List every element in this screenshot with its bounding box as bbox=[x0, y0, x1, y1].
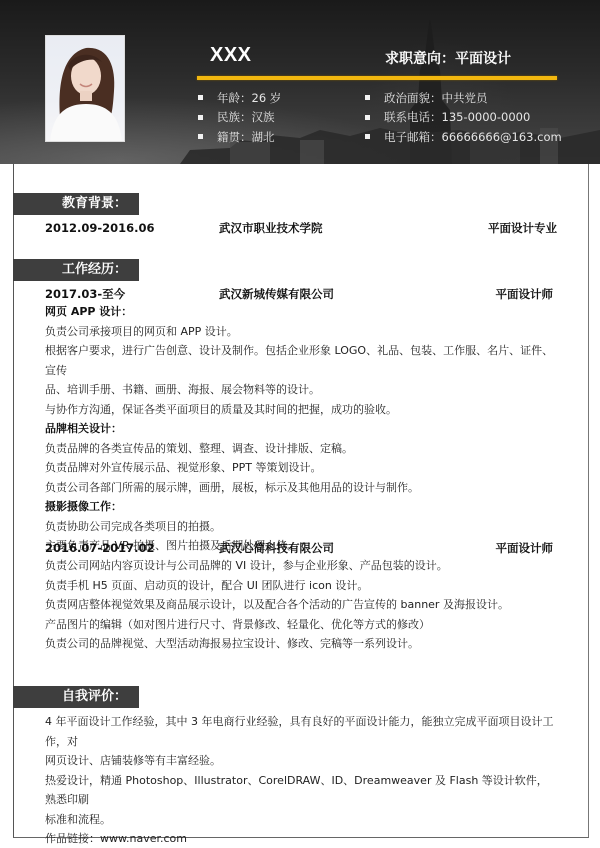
info-text: 民族：汉族 bbox=[217, 109, 275, 125]
section-title-education: 教育背景： bbox=[13, 193, 139, 215]
duty-line: 负责公司网站内容页设计与公司品牌的 VI 设计，参与企业形象、产品包装的设计。 bbox=[45, 556, 557, 576]
education-major: 平面设计专业 bbox=[488, 219, 557, 237]
duty-line: 品、培训手册、书籍、画册、海报、展会物料等的设计。 bbox=[45, 380, 557, 400]
square-bullet-icon bbox=[198, 115, 203, 120]
eval-line: 标准和流程。 bbox=[45, 810, 557, 830]
duty-line: 负责网店整体视觉效果及商品展示设计，以及配合各个活动的广告宣传的 banner … bbox=[45, 595, 557, 615]
info-age: 年龄：26 岁 bbox=[198, 88, 281, 108]
job-period: 2016.07-2017.02 bbox=[45, 539, 155, 557]
square-bullet-icon bbox=[198, 134, 203, 139]
personal-info-left: 年龄：26 岁 民族：汉族 籍贯：湖北 bbox=[198, 88, 281, 147]
square-bullet-icon bbox=[365, 115, 370, 120]
self-eval-text: 4 年平面设计工作经验，其中 3 年电商行业经验，具有良好的平面设计能力，能独立… bbox=[45, 712, 557, 848]
duty-line: 负责手机 H5 页面、启动页的设计，配合 UI 团队进行 icon 设计。 bbox=[45, 576, 557, 596]
duty-line: 与协作方沟通，保证各类平面项目的质量及其时间的把握，成功的验收。 bbox=[45, 400, 557, 420]
info-political-status: 政治面貌：中共党员 bbox=[365, 88, 562, 108]
job-company: 武汉新城传媒有限公司 bbox=[219, 285, 334, 303]
section-title-self-eval: 自我评价： bbox=[13, 686, 139, 708]
info-email: 电子邮箱：66666666@163.com bbox=[365, 127, 562, 147]
square-bullet-icon bbox=[198, 95, 203, 100]
duty-line: 负责公司各部门所需的展示牌，画册，展板，标示及其他用品的设计与制作。 bbox=[45, 478, 557, 498]
education-school: 武汉市职业技术学院 bbox=[219, 219, 323, 237]
info-ethnicity: 民族：汉族 bbox=[198, 108, 281, 128]
job-period: 2017.03-至今 bbox=[45, 285, 125, 303]
duty-line: 负责公司承接项目的网页和 APP 设计。 bbox=[45, 322, 557, 342]
duty-line: 产品图片的编辑（如对图片进行尺寸、背景修改、轻量化、优化等方式的修改） bbox=[45, 615, 557, 635]
accent-divider bbox=[197, 76, 557, 80]
info-text: 联系电话：135-0000-0000 bbox=[384, 109, 530, 125]
job-description: 网页 APP 设计： 负责公司承接项目的网页和 APP 设计。 根据客户要求，进… bbox=[45, 302, 557, 556]
portrait-image bbox=[46, 36, 125, 142]
duty-line: 负责公司的品牌视觉、大型活动海报易拉宝设计、修改、完稿等一系列设计。 bbox=[45, 634, 557, 654]
duty-line: 负责协助公司完成各类项目的拍摄。 bbox=[45, 517, 557, 537]
duty-line: 负责品牌对外宣传展示品、视觉形象、PPT 等策划设计。 bbox=[45, 458, 557, 478]
resume-header: XXX 求职意向：平面设计 年龄：26 岁 民族：汉族 籍贯：湖北 政治面貌：中… bbox=[0, 0, 600, 164]
info-text: 政治面貌：中共党员 bbox=[384, 90, 488, 106]
job-header-row: 2017.03-至今 武汉新城传媒有限公司 平面设计师 bbox=[45, 285, 557, 303]
job-description: 负责公司网站内容页设计与公司品牌的 VI 设计，参与企业形象、产品包装的设计。 … bbox=[45, 556, 557, 654]
eval-line: 网页设计、店铺装修等有丰富经验。 bbox=[45, 751, 557, 771]
info-phone: 联系电话：135-0000-0000 bbox=[365, 108, 562, 128]
square-bullet-icon bbox=[365, 95, 370, 100]
job-position: 平面设计师 bbox=[496, 539, 554, 557]
job-header-row: 2016.07-2017.02 武汉心简科技有限公司 平面设计师 bbox=[45, 539, 557, 557]
job-position: 平面设计师 bbox=[496, 285, 554, 303]
duty-heading: 网页 APP 设计： bbox=[45, 302, 557, 322]
duty-heading: 品牌相关设计： bbox=[45, 419, 557, 439]
education-row: 2012.09-2016.06 武汉市职业技术学院 平面设计专业 bbox=[45, 219, 557, 237]
info-text: 籍贯：湖北 bbox=[217, 129, 275, 145]
info-text: 年龄：26 岁 bbox=[217, 90, 281, 106]
duty-heading: 摄影摄像工作： bbox=[45, 497, 557, 517]
candidate-name: XXX bbox=[210, 44, 252, 67]
job-company: 武汉心简科技有限公司 bbox=[219, 539, 334, 557]
eval-line: 热爱设计，精通 Photoshop、Illustrator、CorelDRAW、… bbox=[45, 771, 557, 810]
duty-line: 负责品牌的各类宣传品的策划、整理、调查、设计排版、定稿。 bbox=[45, 439, 557, 459]
personal-info-right: 政治面貌：中共党员 联系电话：135-0000-0000 电子邮箱：666666… bbox=[365, 88, 562, 147]
square-bullet-icon bbox=[365, 134, 370, 139]
duty-line: 根据客户要求，进行广告创意、设计及制作。包括企业形象 LOGO、礼品、包装、工作… bbox=[45, 341, 557, 380]
section-title-work: 工作经历： bbox=[13, 259, 139, 281]
info-hometown: 籍贯：湖北 bbox=[198, 127, 281, 147]
profile-photo bbox=[45, 35, 125, 142]
info-text: 电子邮箱：66666666@163.com bbox=[384, 129, 562, 145]
education-period: 2012.09-2016.06 bbox=[45, 219, 155, 237]
eval-line: 4 年平面设计工作经验，其中 3 年电商行业经验，具有良好的平面设计能力，能独立… bbox=[45, 712, 557, 751]
job-intent: 求职意向：平面设计 bbox=[385, 48, 511, 68]
portfolio-link[interactable]: 作品链接：www.naver.com bbox=[45, 829, 557, 848]
